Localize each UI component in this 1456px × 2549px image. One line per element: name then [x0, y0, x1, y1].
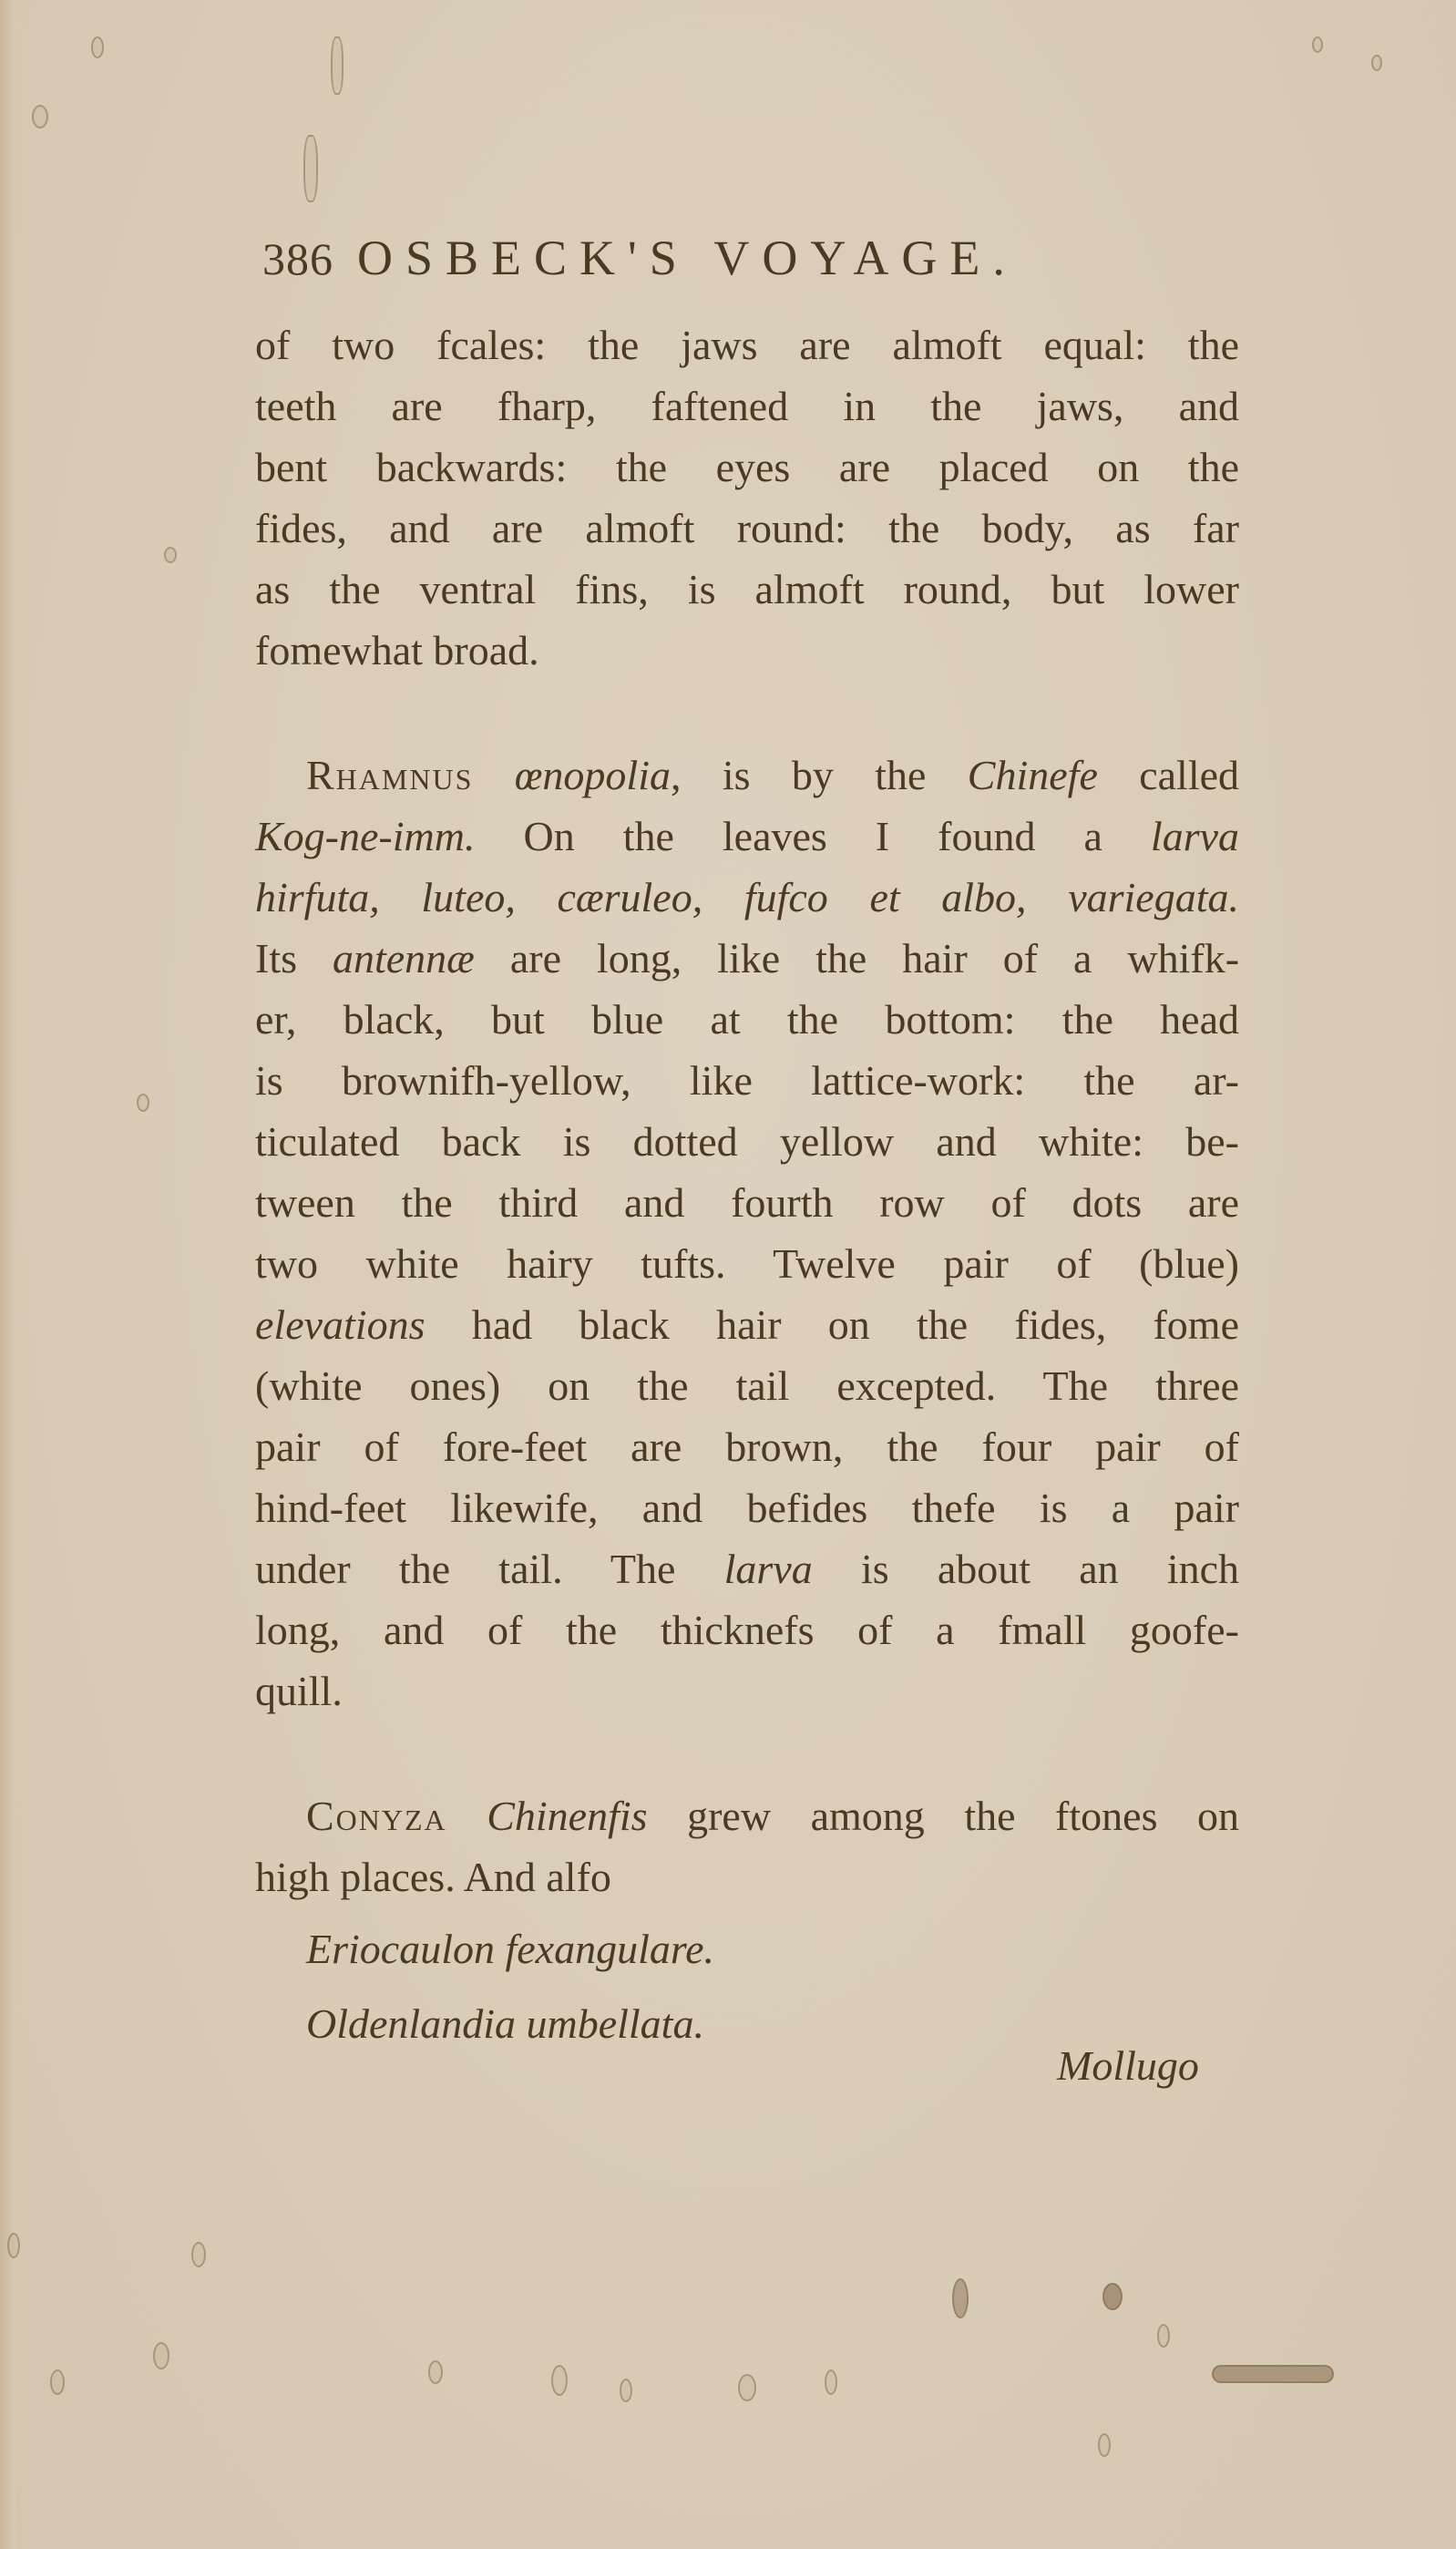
- foxing-spot: [91, 36, 104, 58]
- foxing-spot: [164, 547, 177, 563]
- text-line: er, black, but blue at the bottom: the h…: [255, 989, 1239, 1050]
- species-genus: Conyza: [306, 1793, 447, 1839]
- text-run: are long, like the hair of a whifk-: [510, 935, 1239, 982]
- italic-term: antennæ: [333, 935, 475, 982]
- text-line: elevations had black hair on the fides, …: [255, 1294, 1239, 1355]
- book-page: 386 OSBECK'S VOYAGE. of two fcales: the …: [0, 0, 1456, 2549]
- text-line: hirfuta, luteo, cæruleo, fufco et albo, …: [255, 867, 1239, 928]
- paragraph-spacer: [255, 681, 1239, 745]
- italic-term: elevations: [255, 1301, 426, 1348]
- foxing-spot: [1371, 55, 1382, 71]
- catchword: Mollugo: [1057, 2041, 1199, 2090]
- foxing-spot: [191, 2242, 206, 2267]
- text-line: Its antennæ are long, like the hair of a…: [255, 928, 1239, 989]
- foxing-spot: [825, 2369, 837, 2395]
- foxing-spot: [952, 2278, 969, 2318]
- text-line: two white hairy tufts. Twelve pair of (b…: [255, 1233, 1239, 1294]
- text-line: ticulated back is dotted yellow and whit…: [255, 1111, 1239, 1172]
- foxing-spot: [331, 36, 343, 95]
- foxing-spot: [738, 2374, 756, 2401]
- text-line: Kog-ne-imm. On the leaves I found a larv…: [255, 806, 1239, 867]
- foxing-spot: [1312, 36, 1323, 53]
- text-line: hind-feet likewife, and befides thefe is…: [255, 1477, 1239, 1538]
- text-line: long, and of the thicknefs of a fmall go…: [255, 1599, 1239, 1660]
- running-header: 386 OSBECK'S VOYAGE.: [262, 230, 1246, 303]
- foxing-spot: [551, 2365, 568, 2396]
- species-genus: Rhamnus: [306, 752, 473, 798]
- foxing-spot: [1098, 2433, 1111, 2457]
- text-run: called: [1139, 752, 1239, 798]
- paragraph-spacer: [255, 1722, 1239, 1785]
- italic-term: Chinefe: [968, 752, 1098, 798]
- foxing-spot: [1212, 2365, 1334, 2383]
- foxing-spot: [1102, 2283, 1123, 2310]
- text-line: under the tail. The larva is about an in…: [255, 1538, 1239, 1599]
- page-number: 386: [262, 232, 333, 285]
- chinese-name: Kog-ne-imm.: [255, 813, 475, 859]
- italic-term: larva: [724, 1546, 813, 1592]
- species-epithet: œnopolia: [515, 752, 671, 798]
- text-line: fomewhat broad.: [255, 620, 1239, 681]
- running-title: OSBECK'S VOYAGE.: [357, 230, 1018, 286]
- text-line: Conyza Chinenfis grew among the ftones o…: [255, 1785, 1239, 1846]
- foxing-spot: [153, 2342, 169, 2369]
- text-line: teeth are fharp, faftened in the jaws, a…: [255, 375, 1239, 437]
- text-line: fides, and are almoft round: the body, a…: [255, 498, 1239, 559]
- text-line: as the ventral fins, is almoft round, bu…: [255, 559, 1239, 620]
- italic-term: larva: [1151, 813, 1239, 859]
- text-run: On the leaves I found a: [523, 813, 1102, 859]
- foxing-spot: [428, 2360, 443, 2384]
- text-run: , is by the: [671, 752, 926, 798]
- species-epithet: Chinenfis: [487, 1793, 647, 1839]
- species-list-item: Eriocaulon fexangulare.: [255, 1918, 1239, 1993]
- paragraph-fish-description: of two fcales: the jaws are almoft equal…: [255, 314, 1239, 681]
- text-line: of two fcales: the jaws are almoft equal…: [255, 314, 1239, 375]
- text-line: Rhamnus œnopolia, is by the Chinefe call…: [255, 745, 1239, 806]
- text-line: (white ones) on the tail excepted. The t…: [255, 1355, 1239, 1416]
- text-line: high places. And alfo: [255, 1846, 1239, 1907]
- page-binding-edge: [0, 0, 16, 2549]
- text-run: under the tail. The: [255, 1546, 675, 1592]
- body-text: of two fcales: the jaws are almoft equal…: [255, 314, 1239, 2068]
- foxing-spot: [303, 135, 318, 202]
- text-run: had black hair on the fides, fome: [472, 1301, 1239, 1348]
- foxing-spot: [7, 2233, 20, 2258]
- paragraph-rhamnus-larva: Rhamnus œnopolia, is by the Chinefe call…: [255, 745, 1239, 1722]
- foxing-spot: [50, 2369, 65, 2395]
- text-line: bent backwards: the eyes are placed on t…: [255, 437, 1239, 498]
- paragraph-conyza: Conyza Chinenfis grew among the ftones o…: [255, 1785, 1239, 1907]
- latin-description: hirfuta, luteo, cæruleo, fufco et albo, …: [255, 874, 1239, 920]
- foxing-spot: [32, 105, 48, 128]
- foxing-spot: [620, 2379, 632, 2402]
- text-line: is brownifh-yellow, like lattice-work: t…: [255, 1050, 1239, 1111]
- foxing-spot: [1157, 2324, 1170, 2348]
- text-run: grew among the ftones on: [687, 1793, 1239, 1839]
- text-line: quill.: [255, 1660, 1239, 1722]
- paragraph-spacer: [255, 1907, 1239, 1918]
- text-run: Its: [255, 935, 297, 982]
- text-line: pair of fore-feet are brown, the four pa…: [255, 1416, 1239, 1477]
- text-line: tween the third and fourth row of dots a…: [255, 1172, 1239, 1233]
- text-run: is about an inch: [861, 1546, 1239, 1592]
- foxing-spot: [137, 1094, 149, 1112]
